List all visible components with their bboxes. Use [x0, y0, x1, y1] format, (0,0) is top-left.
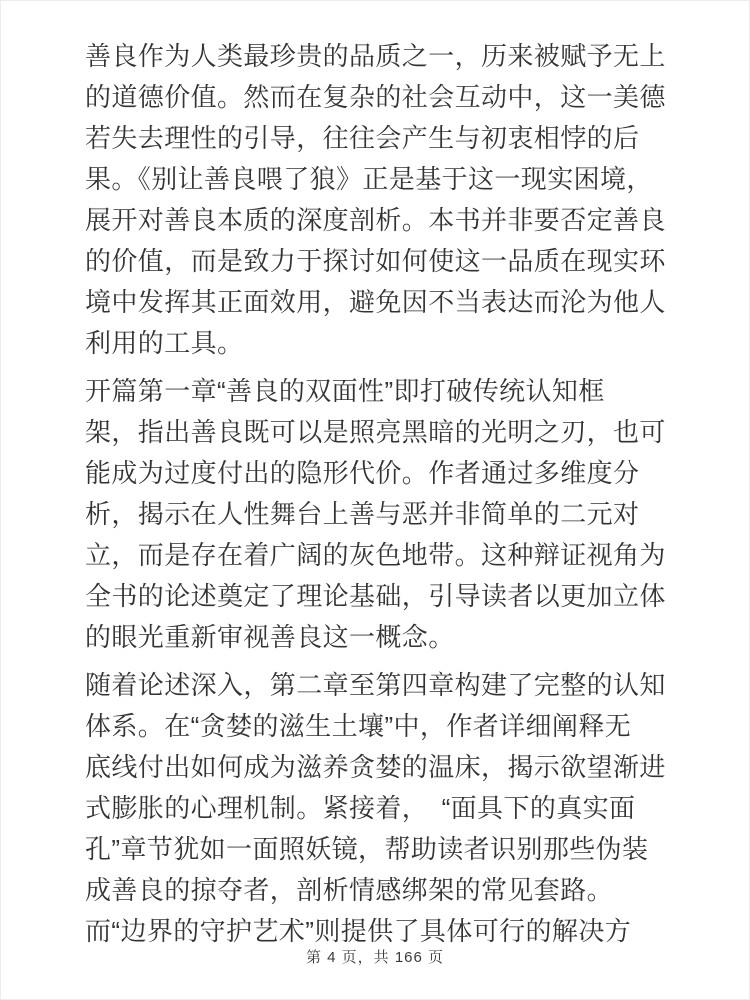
text-line: 随着论述深入，第二章至第四章构建了完整的认知 — [85, 665, 667, 706]
paragraph: 随着论述深入，第二章至第四章构建了完整的认知体系。在“贪婪的滋生土壤”中，作者详… — [85, 665, 667, 952]
text-line: 的眼光重新审视善良这一概念。 — [85, 617, 667, 658]
text-line: 析，揭示在人性舞台上善与恶并非简单的二元对 — [85, 494, 667, 535]
text-line: 成善良的掠夺者，剖析情感绑架的常见套路。 — [85, 870, 667, 911]
paragraph: 开篇第一章“善良的双面性”即打破传统认知框架，指出善良既可以是照亮黑暗的光明之刃… — [85, 371, 667, 658]
text-line: 式膨胀的心理机制。紧接着， “面具下的真实面 — [85, 788, 667, 829]
text-line: 能成为过度付出的隐形代价。作者通过多维度分 — [85, 453, 667, 494]
document-body: 善良作为人类最珍贵的品质之一，历来被赋予无上的道德价值。然而在复杂的社会互动中，… — [85, 36, 667, 959]
text-line: 展开对善良本质的深度剖析。本书并非要否定善良 — [85, 200, 667, 241]
text-line: 果。《别让善良喂了狼》正是基于这一现实困境， — [85, 159, 667, 200]
text-line: 善良作为人类最珍贵的品质之一，历来被赋予无上 — [85, 36, 667, 77]
text-line: 若失去理性的引导，往往会产生与初衷相悖的后 — [85, 118, 667, 159]
text-line: 立，而是存在着广阔的灰色地带。这种辩证视角为 — [85, 535, 667, 576]
text-line: 利用的工具。 — [85, 323, 667, 364]
document-page: 善良作为人类最珍贵的品质之一，历来被赋予无上的道德价值。然而在复杂的社会互动中，… — [0, 0, 750, 1000]
page-number-footer: 第 4 页，共 166 页 — [0, 946, 750, 970]
text-line: 开篇第一章“善良的双面性”即打破传统认知框 — [85, 371, 667, 412]
text-line: 孔”章节犹如一面照妖镜，帮助读者识别那些伪装 — [85, 829, 667, 870]
text-line: 体系。在“贪婪的滋生土壤”中，作者详细阐释无 — [85, 706, 667, 747]
paragraph: 善良作为人类最珍贵的品质之一，历来被赋予无上的道德价值。然而在复杂的社会互动中，… — [85, 36, 667, 364]
text-line: 的价值，而是致力于探讨如何使这一品质在现实环 — [85, 241, 667, 282]
text-line: 境中发挥其正面效用，避免因不当表达而沦为他人 — [85, 282, 667, 323]
text-line: 架，指出善良既可以是照亮黑暗的光明之刃，也可 — [85, 412, 667, 453]
text-line: 的道德价值。然而在复杂的社会互动中，这一美德 — [85, 77, 667, 118]
text-line: 全书的论述奠定了理论基础，引导读者以更加立体 — [85, 576, 667, 617]
text-line: 底线付出如何成为滋养贪婪的温床，揭示欲望渐进 — [85, 747, 667, 788]
